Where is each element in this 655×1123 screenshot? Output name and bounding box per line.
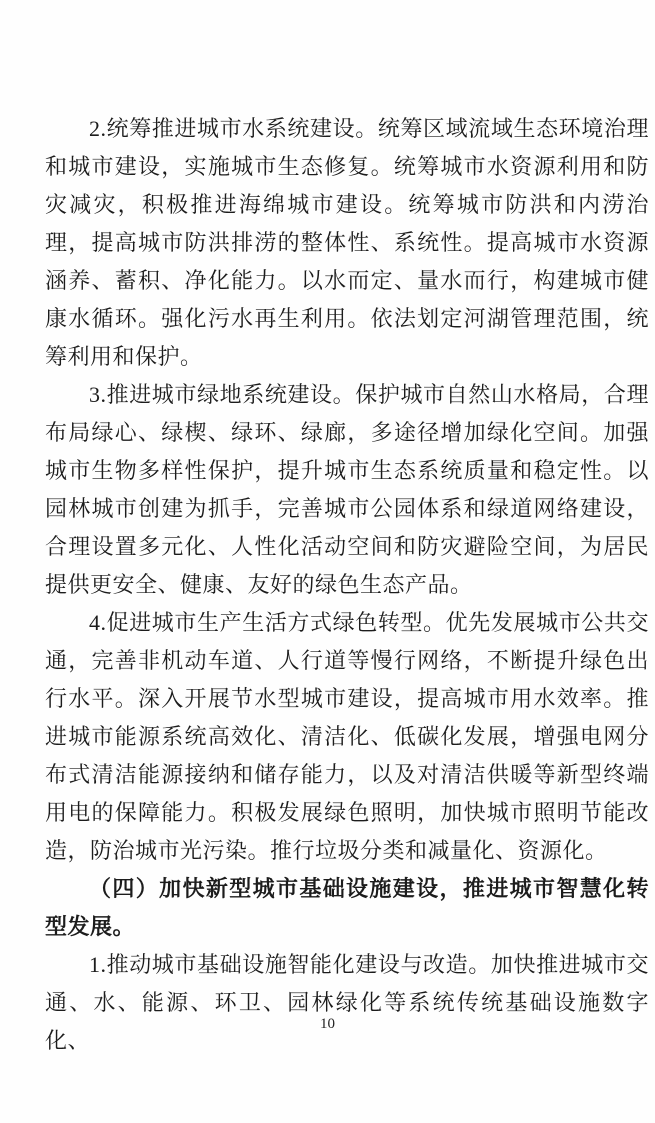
paragraph-green-space-system: 3.推进城市绿地系统建设。保护城市自然山水格局，合理布局绿心、绿楔、绿环、绿廊，… — [45, 376, 649, 604]
section-heading-four: （四）加快新型城市基础设施建设，推进城市智慧化转型发展。 — [45, 870, 649, 946]
text-block: 2.统筹推进城市水系统建设。统筹区域流域生态环境治理和城市建设，实施城市生态修复… — [45, 110, 649, 1060]
page-number: 10 — [0, 1014, 655, 1034]
paragraph-water-system: 2.统筹推进城市水系统建设。统筹区域流域生态环境治理和城市建设，实施城市生态修复… — [45, 110, 649, 376]
document-page: 2.统筹推进城市水系统建设。统筹区域流域生态环境治理和城市建设，实施城市生态修复… — [0, 0, 655, 1123]
paragraph-green-transition: 4.促进城市生产生活方式绿色转型。优先发展城市公共交通，完善非机动车道、人行道等… — [45, 604, 649, 870]
paragraph-smart-infrastructure: 1.推动城市基础设施智能化建设与改造。加快推进城市交通、水、能源、环卫、园林绿化… — [45, 946, 649, 1060]
